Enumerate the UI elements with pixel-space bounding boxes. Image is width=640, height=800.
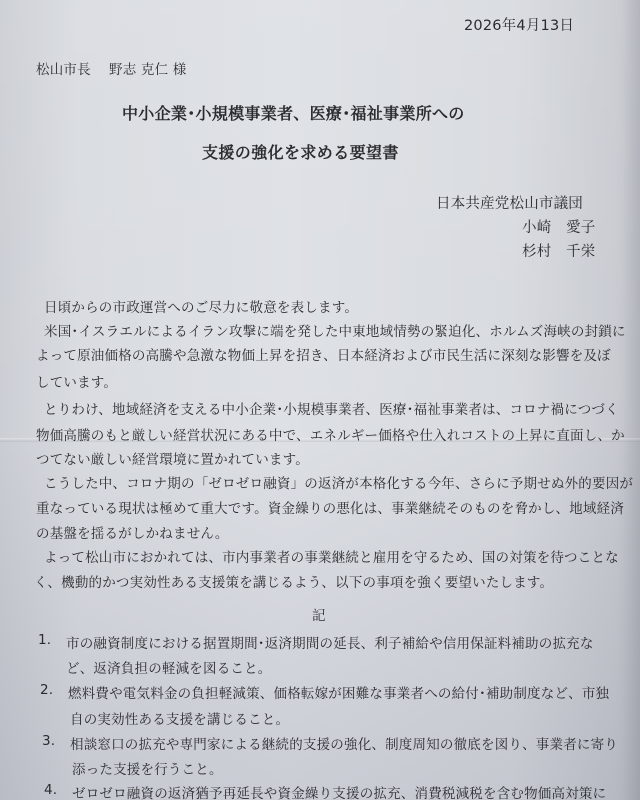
body-line: とりわけ、地域経済を支える中小企業･小規模事業者、医療･福祉事業者は、コロナ禍に… [44, 398, 619, 418]
item-number: 2. [40, 682, 53, 698]
document-photo: 2026年4月13日 松山市長 野志 克仁 様 中小企業･小規模事業者、医療･福… [0, 0, 640, 800]
item-text: 自の実効性ある支援を講じること。 [70, 708, 289, 728]
item-number: 1. [38, 632, 51, 648]
addressee: 松山市長 野志 克仁 様 [36, 58, 186, 78]
sender-organization: 日本共産党松山市議団 [436, 192, 583, 213]
body-line: よって松山市におかれては、市内事業者の事業継続と雇用を守るため、国の対策を待つこ… [44, 546, 619, 566]
item-text: 添った支援を行うこと。 [72, 758, 223, 778]
item-text: 相談窓口の拡充や専門家による継続的支援の強化、制度周知の徹底を図り、事業者に寄り [70, 733, 618, 753]
document-title-line-1: 中小企業･小規模事業者、医療･福祉事業所への [122, 101, 465, 124]
item-number: 3. [42, 733, 55, 749]
item-text: 燃料費や電気料金の負担軽減策、価格転嫁が困難な事業者への給付･補助制度など、市独 [68, 682, 609, 702]
ki-heading: 記 [312, 604, 326, 624]
body-line: 米国･イスラエルによるイラン攻撃に端を発した中東地域情勢の緊迫化、ホルムズ海峡の… [44, 320, 626, 340]
body-line: 重なっている現状は極めて重大です。資金繰りの悪化は、事業継続そのものを脅かし、地… [36, 497, 624, 517]
body-line: の基盤を揺るがしかねません。 [36, 522, 229, 542]
document-date: 2026年4月13日 [464, 14, 574, 35]
item-text: ゼロゼロ融資の返済猶予再延長や資金繰り支援の拡充、消費税減税を含む物価高対策に [72, 782, 606, 800]
item-text: ど、返済負担の軽減を図ること。 [66, 657, 272, 677]
body-line: く、機動的かつ実効性ある支援策を講じるよう、以下の事項を強く要望いたします。 [34, 571, 553, 591]
body-line: つてない厳しい経営環境に置かれています。 [36, 448, 309, 468]
sender-member: 小崎 愛子 [522, 216, 596, 237]
body-line: 物価高騰のもと厳しい経営状況にある中で、エネルギー価格や仕入れコストの上昇に直面… [36, 424, 625, 444]
document-title-line-2: 支援の強化を求める要望書 [202, 140, 399, 163]
sender-member: 杉村 千栄 [522, 240, 596, 261]
body-line: しています。 [36, 371, 117, 391]
item-text: 市の融資制度における据置期間･返済期間の延長、利子補給や信用保証料補助の拡充な [66, 632, 594, 652]
body-line: 日頃からの市政運営へのご尽力に敬意を表します。 [44, 296, 358, 316]
body-line: こうした中、コロナ期の「ゼロゼロ融資」の返済が本格化する今年、さらに予期せぬ外的… [44, 472, 633, 492]
body-line: よって原油価格の高騰や急激な物価上昇を招き、日本経済および市民生活に深刻な影響を… [36, 344, 611, 364]
paper-edge-shadow [622, 0, 640, 800]
item-number: 4. [44, 782, 57, 798]
